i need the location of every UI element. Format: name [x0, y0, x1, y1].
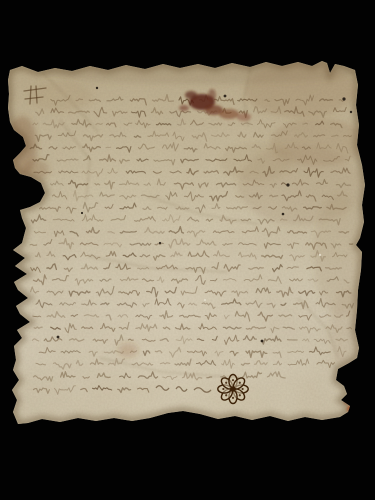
notary-rosette: [218, 374, 248, 403]
manuscript-photo-svg: [0, 0, 375, 500]
manuscript-photo: [0, 0, 375, 500]
